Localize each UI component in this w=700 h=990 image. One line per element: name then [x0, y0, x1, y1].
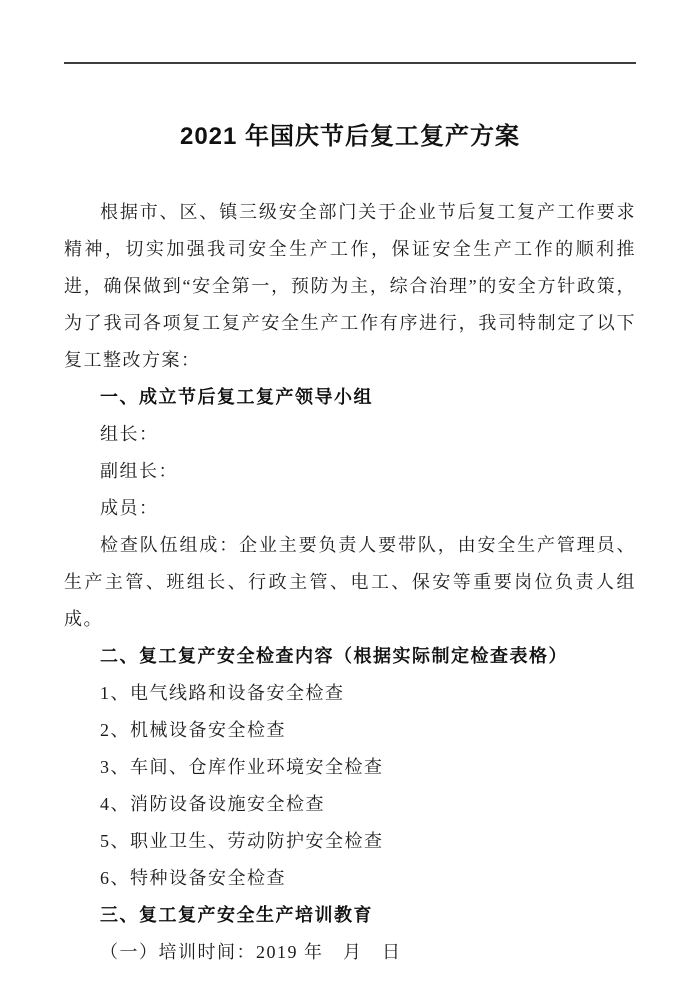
line-training-time: （一）培训时间：2019 年 月 日: [64, 934, 636, 971]
checklist-item-1: 1、电气线路和设备安全检查: [64, 675, 636, 712]
checklist-item-3: 3、车间、仓库作业环境安全检查: [64, 749, 636, 786]
line-members: 成员：: [64, 490, 636, 527]
document-body: 根据市、区、镇三级安全部门关于企业节后复工复产工作要求精神，切实加强我司安全生产…: [64, 194, 636, 971]
paragraph-intro: 根据市、区、镇三级安全部门关于企业节后复工复产工作要求精神，切实加强我司安全生产…: [64, 194, 636, 379]
line-deputy-leader: 副组长：: [64, 453, 636, 490]
checklist-item-6: 6、特种设备安全检查: [64, 860, 636, 897]
paragraph-inspection-team: 检查队伍组成：企业主要负责人要带队，由安全生产管理员、生产主管、班组长、行政主管…: [64, 527, 636, 638]
line-group-leader: 组长：: [64, 416, 636, 453]
checklist-item-2: 2、机械设备安全检查: [64, 712, 636, 749]
checklist-item-5: 5、职业卫生、劳动防护安全检查: [64, 823, 636, 860]
heading-section-two: 二、复工复产安全检查内容（根据实际制定检查表格）: [64, 638, 636, 675]
heading-section-three: 三、复工复产安全生产培训教育: [64, 897, 636, 934]
page-title: 2021 年国庆节后复工复产方案: [0, 0, 700, 154]
header-rule: [64, 62, 636, 64]
heading-section-one: 一、成立节后复工复产领导小组: [64, 379, 636, 416]
checklist-item-4: 4、消防设备设施安全检查: [64, 786, 636, 823]
document-page: 2021 年国庆节后复工复产方案 根据市、区、镇三级安全部门关于企业节后复工复产…: [0, 0, 700, 990]
